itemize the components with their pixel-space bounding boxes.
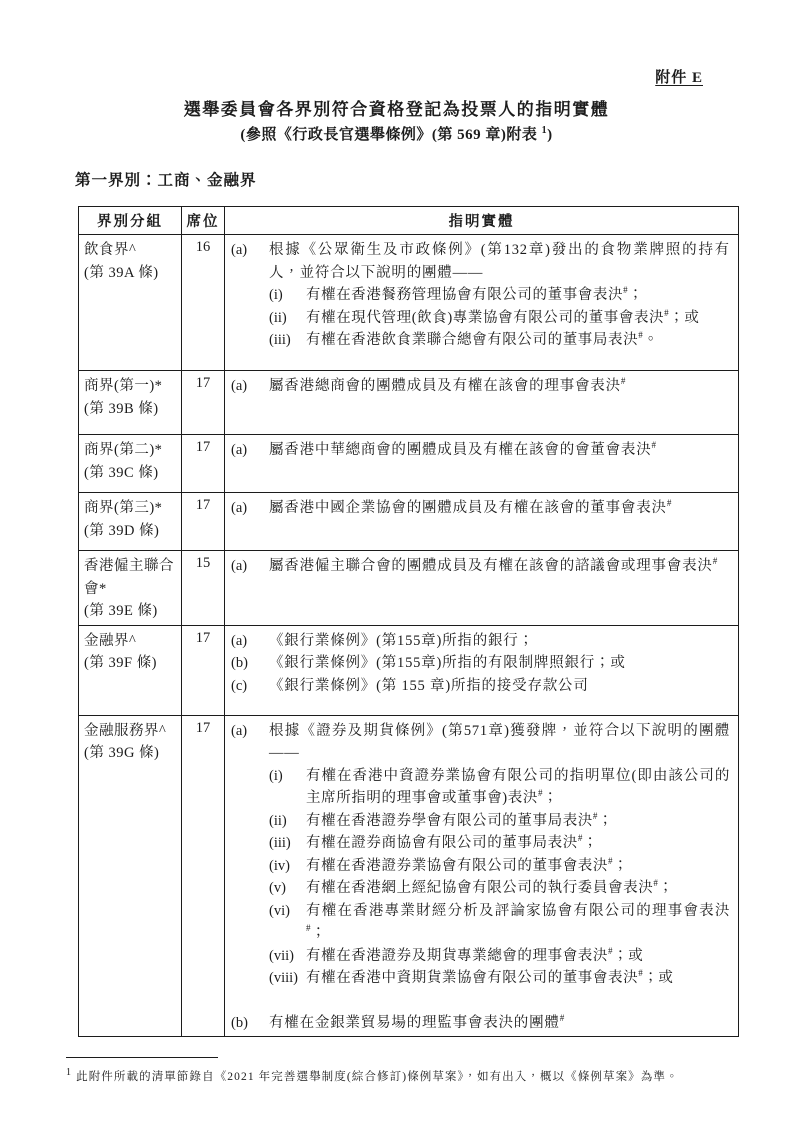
group-name: 金融服務界^ <box>84 720 179 743</box>
entity-item: (a) 屬香港中華總商會的團體成員及有權在該會的會董會表決# <box>231 439 730 462</box>
group-name: 金融界^ <box>84 630 179 653</box>
seats-value: 17 <box>182 715 225 1037</box>
subitem-text: 有權在香港網上經紀協會有限公司的執行委員會表決#； <box>306 877 730 900</box>
group-ref: (第 39D 條) <box>84 520 179 543</box>
entity-subitem: (v) 有權在香港網上經紀協會有限公司的執行委員會表決#； <box>269 877 730 900</box>
subitem-label: (iv) <box>269 855 306 878</box>
column-header-subsector: 界別分組 <box>79 207 182 235</box>
subtitle-closing: ) <box>547 127 553 143</box>
annex-label-text: 附件 E <box>655 70 703 86</box>
item-text: 根據《證券及期貨條例》(第571章)獲發牌，並符合以下說明的團體 —— <box>269 720 730 765</box>
subitem-text: 有權在香港中資期貨業協會有限公司的董事會表決#；或 <box>306 967 730 990</box>
entity-item: (a) 屬香港中國企業協會的團體成員及有權在該會的董事會表決# <box>231 497 730 520</box>
entity-item: (a) 屬香港總商會的團體成員及有權在該會的理事會表決# <box>231 375 730 398</box>
group-name: 商界(第二)* <box>84 439 179 462</box>
entity-item: (c) 《銀行業條例》(第 155 章)所指的接受存款公司 <box>231 675 730 698</box>
group-name: 商界(第一)* <box>84 375 179 398</box>
footnote: 1 此附件所載的清單節錄自《2021 年完善選舉制度(綜合修訂)條例草案》，如有… <box>66 1065 726 1085</box>
table-row-commercial-second: 商界(第二)* (第 39C 條) 17 (a) 屬香港中華總商會的團體成員及有… <box>79 435 739 493</box>
annex-label: 附件 E <box>0 66 793 87</box>
item-label: (a) <box>231 555 269 578</box>
group-ref: (第 39A 條) <box>84 262 179 285</box>
item-label: (a) <box>231 497 269 520</box>
group-ref: (第 39G 條) <box>84 742 179 765</box>
footnote-marker: 1 <box>66 1067 72 1078</box>
subitem-text: 有權在證券商協會有限公司的董事局表決#； <box>306 832 730 855</box>
item-label: (a) <box>231 239 269 262</box>
table-row-finance: 金融界^ (第 39F 條) 17 (a) 《銀行業條例》(第155章)所指的銀… <box>79 625 739 715</box>
seats-value: 17 <box>182 371 225 435</box>
item-label: (b) <box>231 1012 269 1035</box>
entity-subitem: (i) 有權在香港餐務管理協會有限公司的董事會表決#； <box>269 284 730 307</box>
table-row-financial-services: 金融服務界^ (第 39G 條) 17 (a) 根據《證券及期貨條例》(第571… <box>79 715 739 1037</box>
subtitle-text: (參照《行政長官選舉條例》(第 569 章)附表 <box>240 127 541 143</box>
subitem-label: (iii) <box>269 329 306 352</box>
entity-item: (a) 《銀行業條例》(第155章)所指的銀行； <box>231 630 730 653</box>
table-row-catering: 飲食界^ (第 39A 條) 16 (a) 根據《公眾衛生及市政條例》(第132… <box>79 235 739 371</box>
entity-subitem: (ii) 有權在香港證券學會有限公司的董事局表決#； <box>269 810 730 833</box>
entity-item: (a) 根據《公眾衛生及市政條例》(第132章)發出的食物業牌照的持有人，並符合… <box>231 239 730 284</box>
section-heading: 第一界別：工商、金融界 <box>75 168 793 190</box>
group-name: 香港僱主聯合會* <box>84 555 179 600</box>
group-ref: (第 39E 條) <box>84 600 179 623</box>
page-subtitle: (參照《行政長官選舉條例》(第 569 章)附表 1) <box>0 123 793 144</box>
subitem-label: (ii) <box>269 810 306 833</box>
seats-value: 16 <box>182 235 225 371</box>
seats-value: 17 <box>182 435 225 493</box>
subitem-label: (vi) <box>269 900 306 923</box>
item-label: (c) <box>231 675 269 698</box>
entity-item: (b) 有權在金銀業貿易場的理監事會表決的團體# <box>231 1012 730 1035</box>
subitem-text: 有權在香港證券業協會有限公司的董事會表決#； <box>306 855 730 878</box>
footnote-text: 此附件所載的清單節錄自《2021 年完善選舉制度(綜合修訂)條例草案》，如有出入… <box>76 1071 678 1083</box>
item-text: 根據《公眾衛生及市政條例》(第132章)發出的食物業牌照的持有人，並符合以下說明… <box>269 239 730 284</box>
entity-subitem: (iii) 有權在證券商協會有限公司的董事局表決#； <box>269 832 730 855</box>
specified-bodies-table: 界別分組 席位 指明實體 飲食界^ (第 39A 條) 16 (a) 根據《公眾… <box>78 206 739 1037</box>
item-label: (a) <box>231 375 269 398</box>
seats-value: 17 <box>182 625 225 715</box>
item-text: 屬香港中華總商會的團體成員及有權在該會的會董會表決# <box>269 439 730 462</box>
subitem-label: (i) <box>269 284 306 307</box>
page-title: 選舉委員會各界別符合資格登記為投票人的指明實體 <box>0 95 793 120</box>
item-text: 屬香港僱主聯合會的團體成員及有權在該會的諮議會或理事會表決# <box>269 555 730 578</box>
item-text: 有權在金銀業貿易場的理監事會表決的團體# <box>269 1012 730 1035</box>
item-text: 屬香港中國企業協會的團體成員及有權在該會的董事會表決# <box>269 497 730 520</box>
entity-subitem: (viii) 有權在香港中資期貨業協會有限公司的董事會表決#；或 <box>269 967 730 990</box>
column-header-specified-bodies: 指明實體 <box>225 207 739 235</box>
subitem-text: 有權在香港證券學會有限公司的董事局表決#； <box>306 810 730 833</box>
subitem-label: (vii) <box>269 945 306 968</box>
group-name: 商界(第三)* <box>84 497 179 520</box>
group-ref: (第 39C 條) <box>84 462 179 485</box>
entity-subitem: (iv) 有權在香港證券業協會有限公司的董事會表決#； <box>269 855 730 878</box>
subitem-label: (iii) <box>269 832 306 855</box>
table-header-row: 界別分組 席位 指明實體 <box>79 207 739 235</box>
document-page: 附件 E 選舉委員會各界別符合資格登記為投票人的指明實體 (參照《行政長官選舉條… <box>0 0 793 1122</box>
item-text: 《銀行業條例》(第155章)所指的有限制牌照銀行；或 <box>269 652 730 675</box>
subitem-text: 有權在香港中資證券業協會有限公司的指明單位(即由該公司的主席所指明的理事會或董事… <box>306 765 730 810</box>
item-label: (a) <box>231 630 269 653</box>
table-row-employers-federation: 香港僱主聯合會* (第 39E 條) 15 (a) 屬香港僱主聯合會的團體成員及… <box>79 551 739 626</box>
subitem-label: (v) <box>269 877 306 900</box>
item-text: 《銀行業條例》(第155章)所指的銀行； <box>269 630 730 653</box>
table-row-commercial-third: 商界(第三)* (第 39D 條) 17 (a) 屬香港中國企業協會的團體成員及… <box>79 493 739 551</box>
entity-item: (a) 根據《證券及期貨條例》(第571章)獲發牌，並符合以下說明的團體 —— <box>231 720 730 765</box>
subitem-text: 有權在現代管理(飲食)專業協會有限公司的董事會表決#；或 <box>306 307 730 330</box>
entity-subitem: (vii) 有權在香港證券及期貨專業總會的理事會表決#；或 <box>269 945 730 968</box>
entity-subitem: (iii) 有權在香港飲食業聯合總會有限公司的董事局表決#。 <box>269 329 730 352</box>
seats-value: 15 <box>182 551 225 626</box>
entity-item: (b) 《銀行業條例》(第155章)所指的有限制牌照銀行；或 <box>231 652 730 675</box>
item-label: (b) <box>231 652 269 675</box>
subitem-text: 有權在香港專業財經分析及評論家協會有限公司的理事會表決#； <box>306 900 730 945</box>
subitem-text: 有權在香港證券及期貨專業總會的理事會表決#；或 <box>306 945 730 968</box>
entity-subitem: (i) 有權在香港中資證券業協會有限公司的指明單位(即由該公司的主席所指明的理事… <box>269 765 730 810</box>
item-text: 《銀行業條例》(第 155 章)所指的接受存款公司 <box>269 675 730 698</box>
group-name: 飲食界^ <box>84 239 179 262</box>
subitem-label: (ii) <box>269 307 306 330</box>
subitem-text: 有權在香港餐務管理協會有限公司的董事會表決#； <box>306 284 730 307</box>
group-ref: (第 39B 條) <box>84 398 179 421</box>
group-ref: (第 39F 條) <box>84 652 179 675</box>
item-label: (a) <box>231 720 269 743</box>
column-header-seats: 席位 <box>182 207 225 235</box>
subitem-label: (i) <box>269 765 306 788</box>
entity-subitem: (vi) 有權在香港專業財經分析及評論家協會有限公司的理事會表決#； <box>269 900 730 945</box>
seats-value: 17 <box>182 493 225 551</box>
entity-item: (a) 屬香港僱主聯合會的團體成員及有權在該會的諮議會或理事會表決# <box>231 555 730 578</box>
item-label: (a) <box>231 439 269 462</box>
footnote-divider <box>66 1057 218 1058</box>
table-row-commercial-first: 商界(第一)* (第 39B 條) 17 (a) 屬香港總商會的團體成員及有權在… <box>79 371 739 435</box>
entity-subitem: (ii) 有權在現代管理(飲食)專業協會有限公司的董事會表決#；或 <box>269 307 730 330</box>
item-text: 屬香港總商會的團體成員及有權在該會的理事會表決# <box>269 375 730 398</box>
subitem-text: 有權在香港飲食業聯合總會有限公司的董事局表決#。 <box>306 329 730 352</box>
subitem-label: (viii) <box>269 967 306 990</box>
